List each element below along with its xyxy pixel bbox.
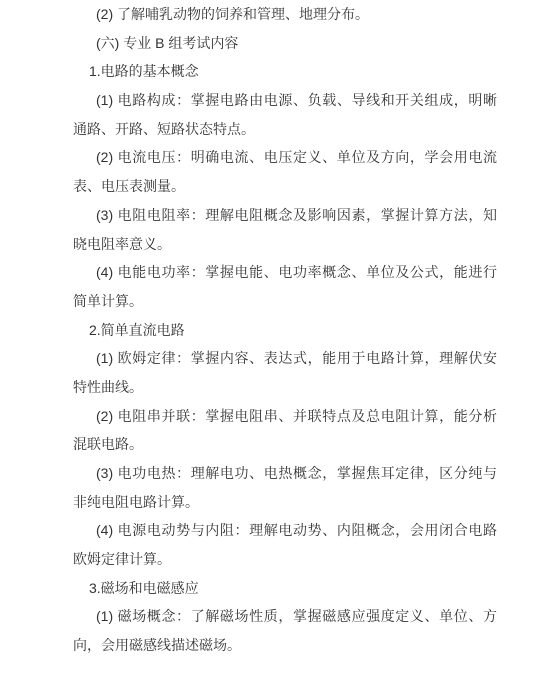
text-line: (2) 电流电压：明确电流、电压定义、单位及方向，学会用电流: [73, 143, 497, 172]
text-line: 简单计算。: [73, 287, 497, 316]
text-line: (2) 电阻串并联：掌握电阻串、并联特点及总电阻计算，能分析: [73, 402, 497, 431]
text-line: (1) 磁场概念：了解磁场性质，掌握磁感应强度定义、单位、方: [73, 602, 497, 631]
text-line: (3) 电功电热：理解电功、电热概念，掌握焦耳定律，区分纯与: [73, 459, 497, 488]
section-heading: 1.电路的基本概念: [73, 57, 497, 86]
document-page: (2) 了解哺乳动物的饲养和管理、地理分布。 (六) 专业 B 组考试内容 1.…: [73, 0, 497, 660]
text-line: (2) 了解哺乳动物的饲养和管理、地理分布。: [73, 0, 497, 29]
section-heading: 2.简单直流电路: [73, 316, 497, 345]
text-line: (1) 欧姆定律：掌握内容、表达式，能用于电路计算，理解伏安: [73, 344, 497, 373]
text-line: 特性曲线。: [73, 373, 497, 402]
text-line: (4) 电源电动势与内阻：理解电动势、内阻概念，会用闭合电路: [73, 516, 497, 545]
text-line: (1) 电路构成：掌握电路由电源、负载、导线和开关组成，明晰: [73, 86, 497, 115]
text-line: 向，会用磁感线描述磁场。: [73, 631, 497, 660]
text-line: 表、电压表测量。: [73, 172, 497, 201]
text-line: (六) 专业 B 组考试内容: [73, 29, 497, 58]
text-line: (4) 电能电功率：掌握电能、电功率概念、单位及公式，能进行: [73, 258, 497, 287]
text-line: 混联电路。: [73, 430, 497, 459]
text-line: 晓电阻率意义。: [73, 230, 497, 259]
text-line: 通路、开路、短路状态特点。: [73, 115, 497, 144]
section-heading: 3.磁场和电磁感应: [73, 574, 497, 603]
text-line: 欧姆定律计算。: [73, 545, 497, 574]
text-line: 非纯电阻电路计算。: [73, 488, 497, 517]
text-line: (3) 电阻电阻率：理解电阻概念及影响因素，掌握计算方法，知: [73, 201, 497, 230]
